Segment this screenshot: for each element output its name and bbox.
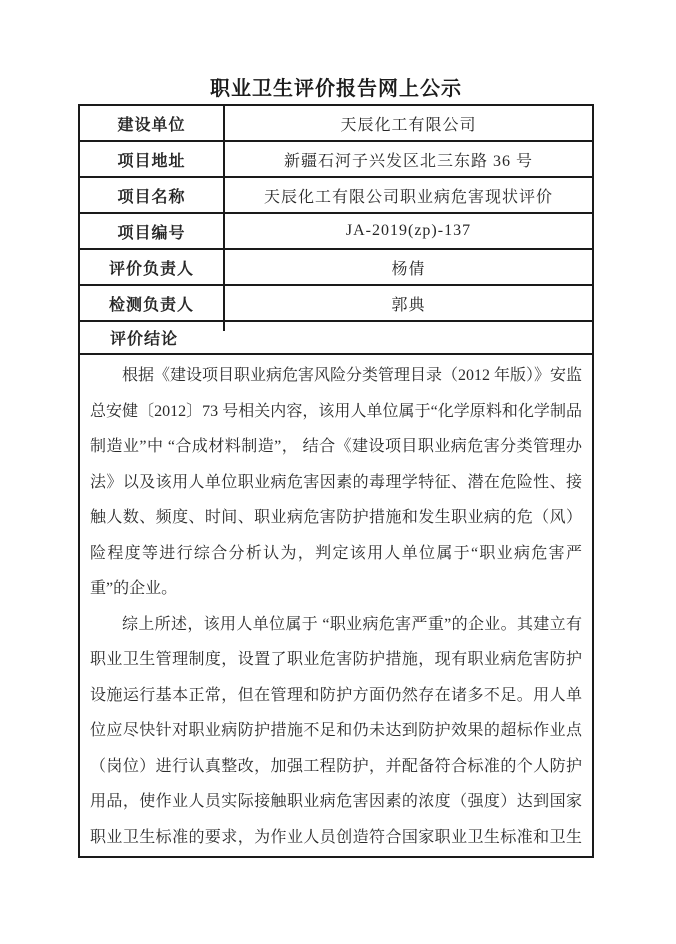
conclusion-paragraphs: 根据《建设项目职业病危害风险分类管理目录（2012 年版）》安监总安健〔2012… [80,355,592,854]
table-row: 项目地址 新疆石河子兴发区北三东路 36 号 [80,142,592,178]
conclusion-label-row: 评价结论 [80,322,592,355]
scan-artifact-tick [223,322,225,331]
row-value: 天辰化工有限公司 [225,106,592,140]
row-value: 杨倩 [225,250,592,284]
row-value: 天辰化工有限公司职业病危害现状评价 [225,178,592,212]
row-label: 项目地址 [80,142,225,176]
row-value: 新疆石河子兴发区北三东路 36 号 [225,142,592,176]
row-label: 评价负责人 [80,250,225,284]
conclusion-paragraph: 根据《建设项目职业病危害风险分类管理目录（2012 年版）》安监总安健〔2012… [90,358,582,607]
row-value: JA-2019(zp)-137 [225,214,592,248]
conclusion-label: 评价结论 [80,326,178,349]
conclusion-paragraph: 综上所述，该用人单位属于 “职业病危害严重”的企业。其建立有职业卫生管理制度，设… [90,607,582,855]
info-table: 建设单位 天辰化工有限公司 项目地址 新疆石河子兴发区北三东路 36 号 项目名… [78,104,594,858]
row-label: 建设单位 [80,106,225,140]
row-label: 检测负责人 [80,286,225,320]
table-row: 项目名称 天辰化工有限公司职业病危害现状评价 [80,178,592,214]
page: 职业卫生评价报告网上公示 建设单位 天辰化工有限公司 项目地址 新疆石河子兴发区… [0,0,676,944]
document-title: 职业卫生评价报告网上公示 [78,72,594,101]
row-label: 项目编号 [80,214,225,248]
table-row: 项目编号 JA-2019(zp)-137 [80,214,592,250]
row-value: 郭典 [225,286,592,320]
table-row: 检测负责人 郭典 [80,286,592,322]
table-row: 评价负责人 杨倩 [80,250,592,286]
row-label: 项目名称 [80,178,225,212]
table-row: 建设单位 天辰化工有限公司 [80,106,592,142]
